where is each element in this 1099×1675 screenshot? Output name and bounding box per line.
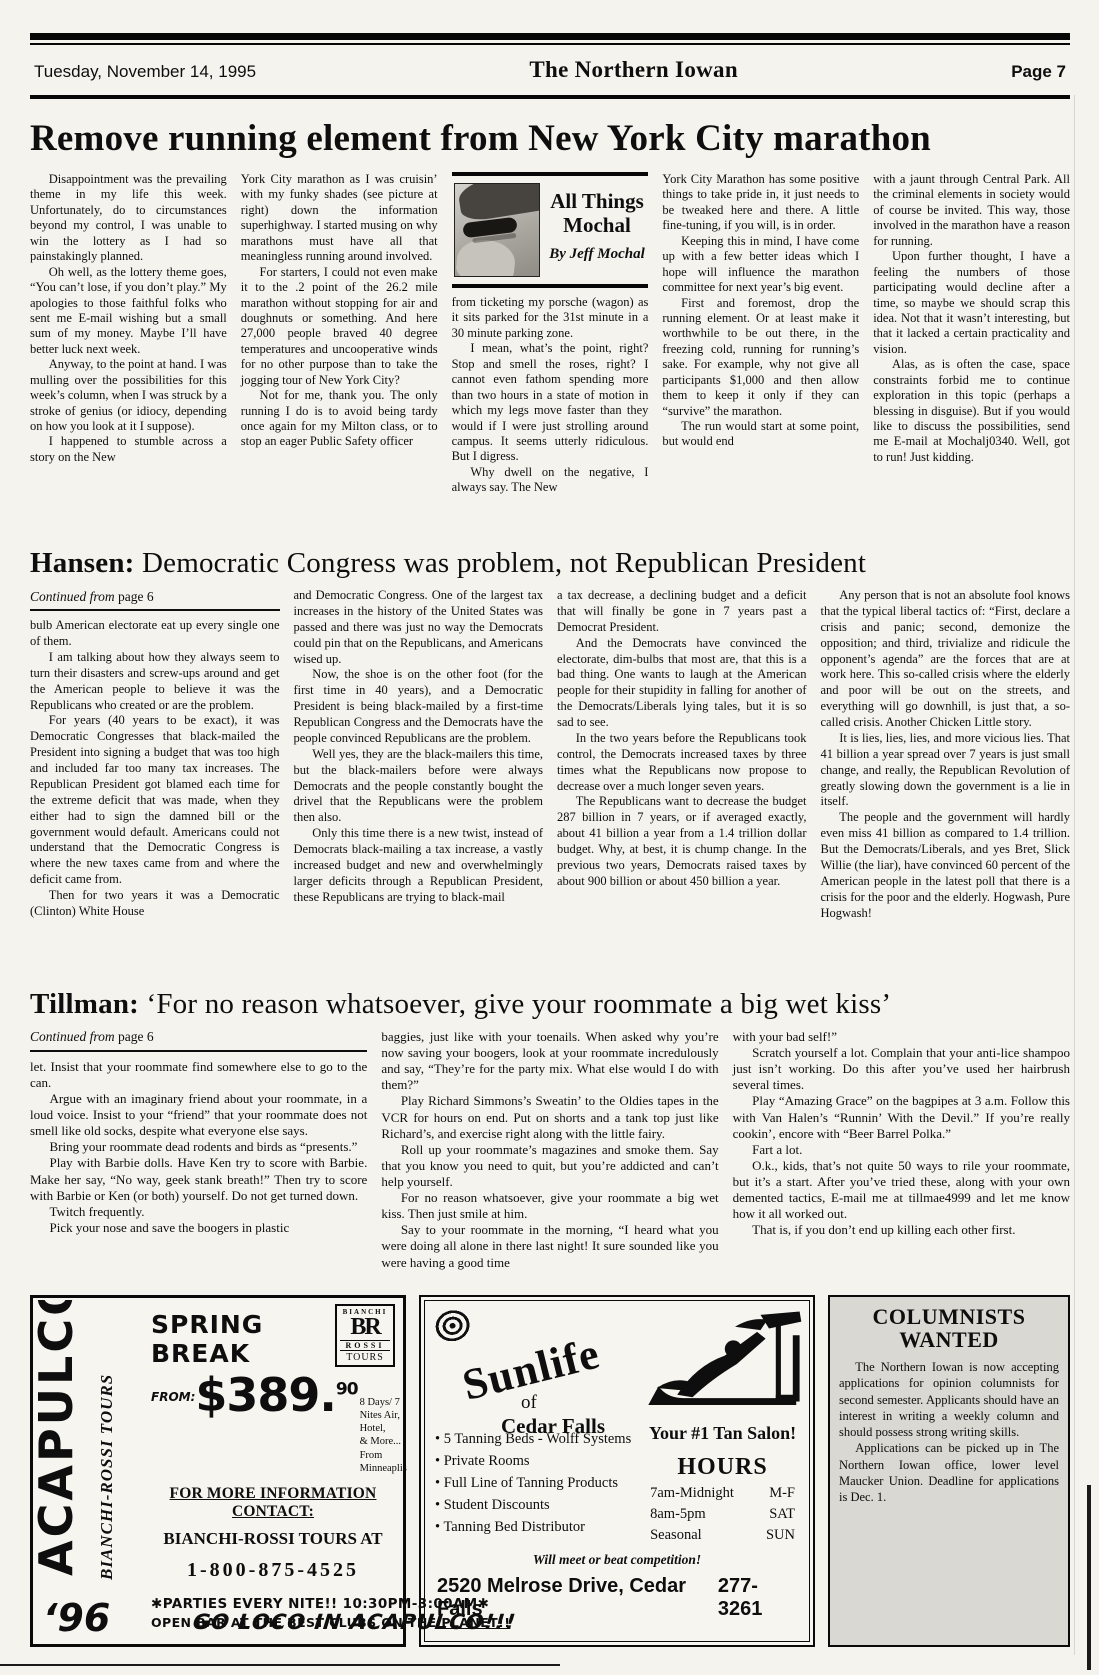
hours-title: HOURS: [646, 1454, 799, 1481]
paragraph: baggies, just like with your toenails. W…: [381, 1029, 718, 1093]
paragraph: The people and the government will hardl…: [821, 810, 1071, 921]
column-title-line2: Mochal: [548, 213, 647, 237]
year-96-label: ‘96: [43, 1596, 110, 1640]
face-shape: [455, 237, 517, 277]
tillman-body: Continued from page 6 let. Insist that y…: [30, 1029, 1070, 1281]
contact-heading: FOR MORE INFORMATION CONTACT:: [151, 1485, 395, 1521]
sunlife-logo-block: Sunlife of Cedar Falls: [435, 1309, 639, 1427]
paragraph: bulb American electorate eat up every si…: [30, 618, 280, 650]
paragraph: York City Marathon has some positive thi…: [662, 172, 859, 234]
paragraph: Pick your nose and save the boogers in p…: [30, 1220, 367, 1236]
paragraph: Fart a lot.: [733, 1142, 1070, 1158]
continued-from-note: Continued from page 6: [30, 588, 280, 611]
masthead-title: The Northern Iowan: [529, 57, 738, 83]
paragraph: Upon further thought, I have a feeling t…: [873, 249, 1070, 357]
title-line1: COLUMNISTS: [839, 1305, 1059, 1328]
paragraph: I am talking about how they always seem …: [30, 650, 280, 714]
paragraph: Well yes, they are the black-mailers thi…: [294, 747, 544, 826]
hansen-column-4: Any person that is not an absolute fool …: [821, 588, 1071, 978]
scan-artifact-right-edge: [1074, 95, 1075, 1655]
logo-bottom-text: TOURS: [338, 1352, 392, 1363]
paragraph: Now, the shoe is on the other foot (for …: [294, 667, 544, 746]
hours-time: 7am-Midnight: [650, 1485, 734, 1502]
paragraph: Twitch frequently.: [30, 1204, 367, 1220]
from-label: FROM:: [151, 1390, 195, 1404]
hours-block: Your #1 Tan Salon! HOURS 7am-Midnight M-…: [646, 1431, 799, 1544]
paragraph: a tax decrease, a declining budget and a…: [557, 588, 807, 636]
paragraph: For no reason whatsoever, give your room…: [381, 1190, 718, 1222]
continued-from-label: Continued from: [30, 1029, 115, 1044]
beach-graphic-area: [639, 1309, 799, 1427]
paragraph: Alas, as is often the case, space constr…: [873, 357, 1070, 465]
article-mochal: Remove running element from New York Cit…: [30, 117, 1070, 537]
hansen-kicker: Hansen:: [30, 547, 135, 579]
paragraph: with your bad self!”: [733, 1029, 1070, 1045]
paragraph: Say to your roommate in the morning, “I …: [381, 1222, 718, 1270]
paragraph: Roll up your roommate’s magazines and sm…: [381, 1142, 718, 1190]
hansen-headline-text: Democratic Congress was problem, not Rep…: [142, 547, 866, 579]
tillman-kicker: Tillman:: [30, 988, 139, 1020]
logo-mid-text: ROSSI: [340, 1340, 390, 1351]
newspaper-page: Tuesday, November 14, 1995 The Northern …: [0, 0, 1099, 1675]
paragraph: I mean, what’s the point, right? Stop an…: [452, 341, 649, 465]
paragraph: For years (40 years to be exact), it was…: [30, 713, 280, 888]
top-rule-thick: [30, 33, 1070, 40]
hansen-column-1: Continued from page 6 bulb American elec…: [30, 588, 280, 978]
bianchi-rossi-logo: BIANCHI BR ROSSI TOURS: [335, 1304, 395, 1367]
hours-time: Seasonal: [650, 1527, 702, 1544]
hansen-body: Continued from page 6 bulb American elec…: [30, 588, 1070, 978]
column-byline: By Jeff Mochal: [548, 245, 647, 264]
column-title-block: All Things Mochal By Jeff Mochal: [548, 183, 647, 277]
hansen-column-2: and Democratic Congress. One of the larg…: [294, 588, 544, 978]
article-hansen: Hansen: Democratic Congress was problem,…: [30, 547, 1070, 978]
paragraph: Play Richard Simmons’s Sweatin’ to the O…: [381, 1093, 718, 1141]
paragraph: First and foremost, drop the running ele…: [662, 296, 859, 420]
mochal-body: Disappointment was the prevailing theme …: [30, 172, 1070, 537]
tillman-column-1: Continued from page 6 let. Insist that y…: [30, 1029, 367, 1281]
hours-row: 8am-5pm SAT: [646, 1506, 799, 1523]
paragraph: Full Line of Tanning Products: [435, 1475, 646, 1492]
paragraph: Anyway, to the point at hand. I was mull…: [30, 357, 227, 434]
paragraph: with a jaunt through Central Park. All t…: [873, 172, 1070, 249]
paragraph: It is lies, lies, lies, and more vicious…: [821, 731, 1071, 810]
masthead-page-number: Page 7: [1011, 62, 1066, 82]
sunlife-header: Sunlife of Cedar Falls: [435, 1309, 799, 1427]
article-tillman: Tillman: ‘For no reason whatsoever, give…: [30, 988, 1070, 1281]
masthead-date: Tuesday, November 14, 1995: [34, 62, 256, 82]
price-note: 8 Days/ 7 Nites Air, Hotel, & More... Fr…: [360, 1396, 407, 1475]
hours-time: 8am-5pm: [650, 1506, 706, 1523]
tillman-headline-text: ‘For no reason whatsoever, give your roo…: [147, 988, 892, 1020]
acapulco-vertical-text: ACAPULCO: [35, 1300, 77, 1576]
paragraph: The run would start at some point, but w…: [662, 419, 859, 450]
spring-break-title: SPRING BREAK: [151, 1310, 335, 1368]
tillman-headline: Tillman: ‘For no reason whatsoever, give…: [30, 988, 1070, 1021]
hansen-headline: Hansen: Democratic Congress was problem,…: [30, 547, 1070, 580]
tillman-column-2: baggies, just like with your toenails. W…: [381, 1029, 718, 1281]
price-value: $389.90: [195, 1372, 357, 1418]
paragraph: and Democratic Congress. One of the larg…: [294, 588, 544, 667]
sunlife-city: Cedar Falls: [501, 1414, 639, 1439]
competition-promise: Will meet or beat competition!: [435, 1552, 799, 1568]
masthead: Tuesday, November 14, 1995 The Northern …: [30, 45, 1070, 95]
paragraph: Keeping this in mind, I have come up wit…: [662, 234, 859, 296]
paragraph: Why dwell on the negative, I always say.…: [452, 465, 649, 496]
paragraph: Then for two years it was a Democratic (…: [30, 888, 280, 920]
paragraph: Argue with an imaginary friend about you…: [30, 1091, 367, 1139]
contact-name: BIANCHI-ROSSI TOURS AT: [151, 1529, 395, 1549]
paragraph: from ticketing my porsche (wagon) as it …: [452, 295, 649, 341]
sunglasses-shape: [462, 217, 517, 238]
ad-inner-frame: Sunlife of Cedar Falls: [424, 1300, 810, 1642]
hours-days: M-F: [769, 1485, 795, 1502]
advertisement-row: ACAPULCO BIANCHI-ROSSI TOURS ‘96 SPRING …: [30, 1295, 1070, 1647]
paragraph: Student Discounts: [435, 1497, 646, 1514]
price-cents: 90: [336, 1380, 358, 1400]
paragraph: Scratch yourself a lot. Complain that yo…: [733, 1045, 1070, 1093]
price-note-line1: 8 Days/ 7 Nites Air, Hotel,: [360, 1397, 400, 1434]
mochal-column-2: York City marathon as I was cruisin’ wit…: [241, 172, 438, 537]
paragraph: In the two years before the Republicans …: [557, 731, 807, 795]
bandana-shape: [456, 183, 540, 223]
feature-list: 5 Tanning Beds - Wolff SystemsPrivate Ro…: [435, 1431, 646, 1544]
address-row: 2520 Melrose Drive, Cedar Falls 277-3261: [435, 1575, 799, 1621]
price-note-line2: & More... From Minneaplis: [360, 1436, 407, 1473]
price-dollars: $389.: [195, 1368, 336, 1422]
paragraph: O.k., kids, that’s not quite 50 ways to …: [733, 1158, 1070, 1222]
paragraph: Bring your roommate dead rodents and bir…: [30, 1139, 367, 1155]
price-row: FROM: $389.90 8 Days/ 7 Nites Air, Hotel…: [151, 1372, 395, 1475]
hours-row: 7am-Midnight M-F: [646, 1485, 799, 1502]
beach-scene-graphic: [633, 1309, 803, 1421]
ad-title-row: SPRING BREAK BIANCHI BR ROSSI TOURS: [151, 1304, 395, 1368]
tillman-column-3: with your bad self!”Scratch yourself a l…: [733, 1029, 1070, 1281]
paragraph: I happened to stumble across a story on …: [30, 434, 227, 465]
hansen-column-3: a tax decrease, a declining budget and a…: [557, 588, 807, 978]
paragraph: The Northern Iowan is now accepting appl…: [839, 1359, 1059, 1440]
masthead-bottom-rule: [30, 95, 1070, 99]
ad-spring-break: ACAPULCO BIANCHI-ROSSI TOURS ‘96 SPRING …: [30, 1295, 406, 1647]
paragraph: For starters, I could not even make it t…: [241, 265, 438, 389]
continued-from-note: Continued from page 6: [30, 1029, 367, 1052]
continued-from-label: Continued from: [30, 589, 115, 604]
paragraph: Play with Barbie dolls. Have Ken try to …: [30, 1155, 367, 1203]
column-title-line1: All Things: [548, 189, 647, 213]
continued-from-page: page 6: [118, 1029, 154, 1044]
scan-artifact-bottom-line: [0, 1664, 560, 1666]
paragraph: Disappointment was the prevailing theme …: [30, 172, 227, 265]
mochal-column-3: All Things Mochal By Jeff Mochal from ti…: [452, 172, 649, 537]
paragraph: Not for me, thank you. The only running …: [241, 388, 438, 450]
paragraph: York City marathon as I was cruisin’ wit…: [241, 172, 438, 265]
hours-days: SAT: [769, 1506, 795, 1523]
bianchi-rossi-vertical-text: BIANCHI-ROSSI TOURS: [97, 1300, 117, 1580]
ad-phone-number: 1-800-875-4525: [151, 1559, 395, 1582]
logo-monogram: BR: [338, 1316, 392, 1339]
mochal-headline: Remove running element from New York Cit…: [30, 117, 1070, 160]
scan-artifact-right-bar: [1087, 1485, 1091, 1670]
paragraph: That is, if you don’t end up killing eac…: [733, 1222, 1070, 1238]
mochal-column-1: Disappointment was the prevailing theme …: [30, 172, 227, 537]
paragraph: Applications can be picked up in The Nor…: [839, 1440, 1059, 1505]
paragraph: Only this time there is a new twist, ins…: [294, 826, 544, 905]
paragraph: Private Rooms: [435, 1453, 646, 1470]
hours-row: Seasonal SUN: [646, 1527, 799, 1544]
columnists-wanted-body: The Northern Iowan is now accepting appl…: [839, 1359, 1059, 1505]
paragraph: Oh well, as the lottery theme goes, “You…: [30, 265, 227, 358]
mochal-column-5: with a jaunt through Central Park. All t…: [873, 172, 1070, 537]
sunlife-of: of: [521, 1392, 639, 1414]
ad-columnists-wanted: COLUMNISTS WANTED The Northern Iowan is …: [828, 1295, 1070, 1647]
paragraph: The Republicans want to decrease the bud…: [557, 794, 807, 889]
paragraph: Any person that is not an absolute fool …: [821, 588, 1071, 731]
columnist-photo: [454, 183, 540, 277]
hours-days: SUN: [766, 1527, 795, 1544]
spiral-sun-icon: [431, 1304, 479, 1349]
mochal-column-4: York City Marathon has some positive thi…: [662, 172, 859, 537]
sunlife-middle: 5 Tanning Beds - Wolff SystemsPrivate Ro…: [435, 1431, 799, 1544]
paragraph: let. Insist that your roommate find some…: [30, 1059, 367, 1091]
columnists-wanted-title: COLUMNISTS WANTED: [839, 1305, 1059, 1351]
ad-main-area: SPRING BREAK BIANCHI BR ROSSI TOURS FROM…: [147, 1298, 403, 1634]
ad-phone-number: 277-3261: [718, 1575, 797, 1621]
ad-left-strip: ACAPULCO BIANCHI-ROSSI TOURS ‘96: [35, 1300, 147, 1642]
paragraph: Tanning Bed Distributor: [435, 1519, 646, 1536]
title-line2: WANTED: [839, 1328, 1059, 1351]
ad-sunlife: Sunlife of Cedar Falls: [419, 1295, 815, 1647]
columnist-inset-box: All Things Mochal By Jeff Mochal: [452, 172, 649, 288]
continued-from-page: page 6: [118, 589, 154, 604]
paragraph: And the Democrats have convinced the ele…: [557, 636, 807, 731]
paragraph: Play “Amazing Grace” on the bagpipes at …: [733, 1093, 1070, 1141]
ad-address: 2520 Melrose Drive, Cedar Falls: [437, 1575, 718, 1621]
